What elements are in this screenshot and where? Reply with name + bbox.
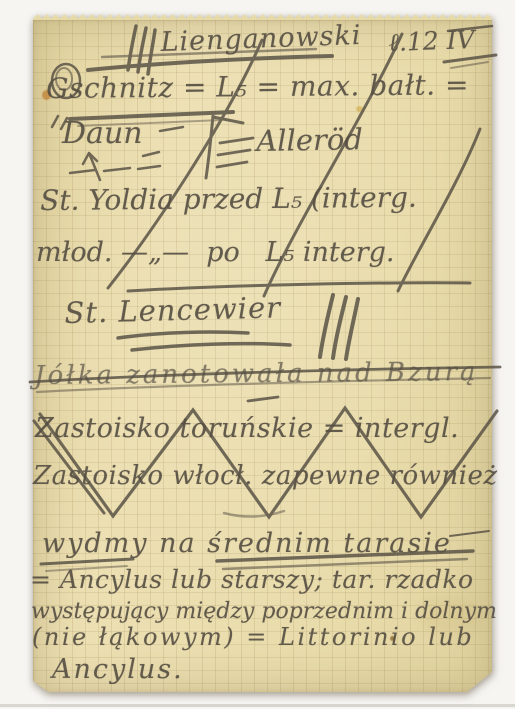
- line-ancylus-final: Ancylus.: [52, 654, 184, 685]
- line-lencewier: St. Lencewier: [64, 290, 281, 330]
- line-wystepujacy: występujący między poprzednim i dolnym: [31, 599, 497, 624]
- line-gschnitz: Gschnitz = L₅ = max. bałt. =: [46, 68, 469, 105]
- line-wydmy: wydmy na średnim tarasie: [42, 528, 452, 559]
- line-zastoisko-wloclawek: Zastoisko włocł. zapewne również: [33, 461, 498, 491]
- scanned-note: Lienganowski ℓ.12 IV Gschnitz = L₅ = max…: [0, 0, 515, 709]
- line-allerod: Alleröd: [256, 122, 363, 158]
- torn-edge: [33, 14, 492, 20]
- header-date: ℓ.12 IV: [388, 25, 475, 58]
- scanner-edge: [0, 704, 515, 707]
- foxing-spot: [356, 106, 363, 112]
- line-crossed-bzura: Jółka zanotowała nad Bzurą: [34, 357, 479, 391]
- line-zastoisko-torun: Zastoisko toruńskie = intergl.: [35, 413, 459, 444]
- line-yoldia-older: St. Yoldia przed L₅ (interg.: [40, 181, 417, 217]
- line-daun: Daun: [62, 116, 143, 151]
- line-ancylus-starszy: = Ancylus lub starszy; tar. rzadko: [30, 565, 474, 594]
- line-yoldia-younger: młod. —„— po L₅ interg.: [36, 237, 394, 268]
- line-littorina: (nie łąkowym) = Littorinio lub: [32, 623, 474, 651]
